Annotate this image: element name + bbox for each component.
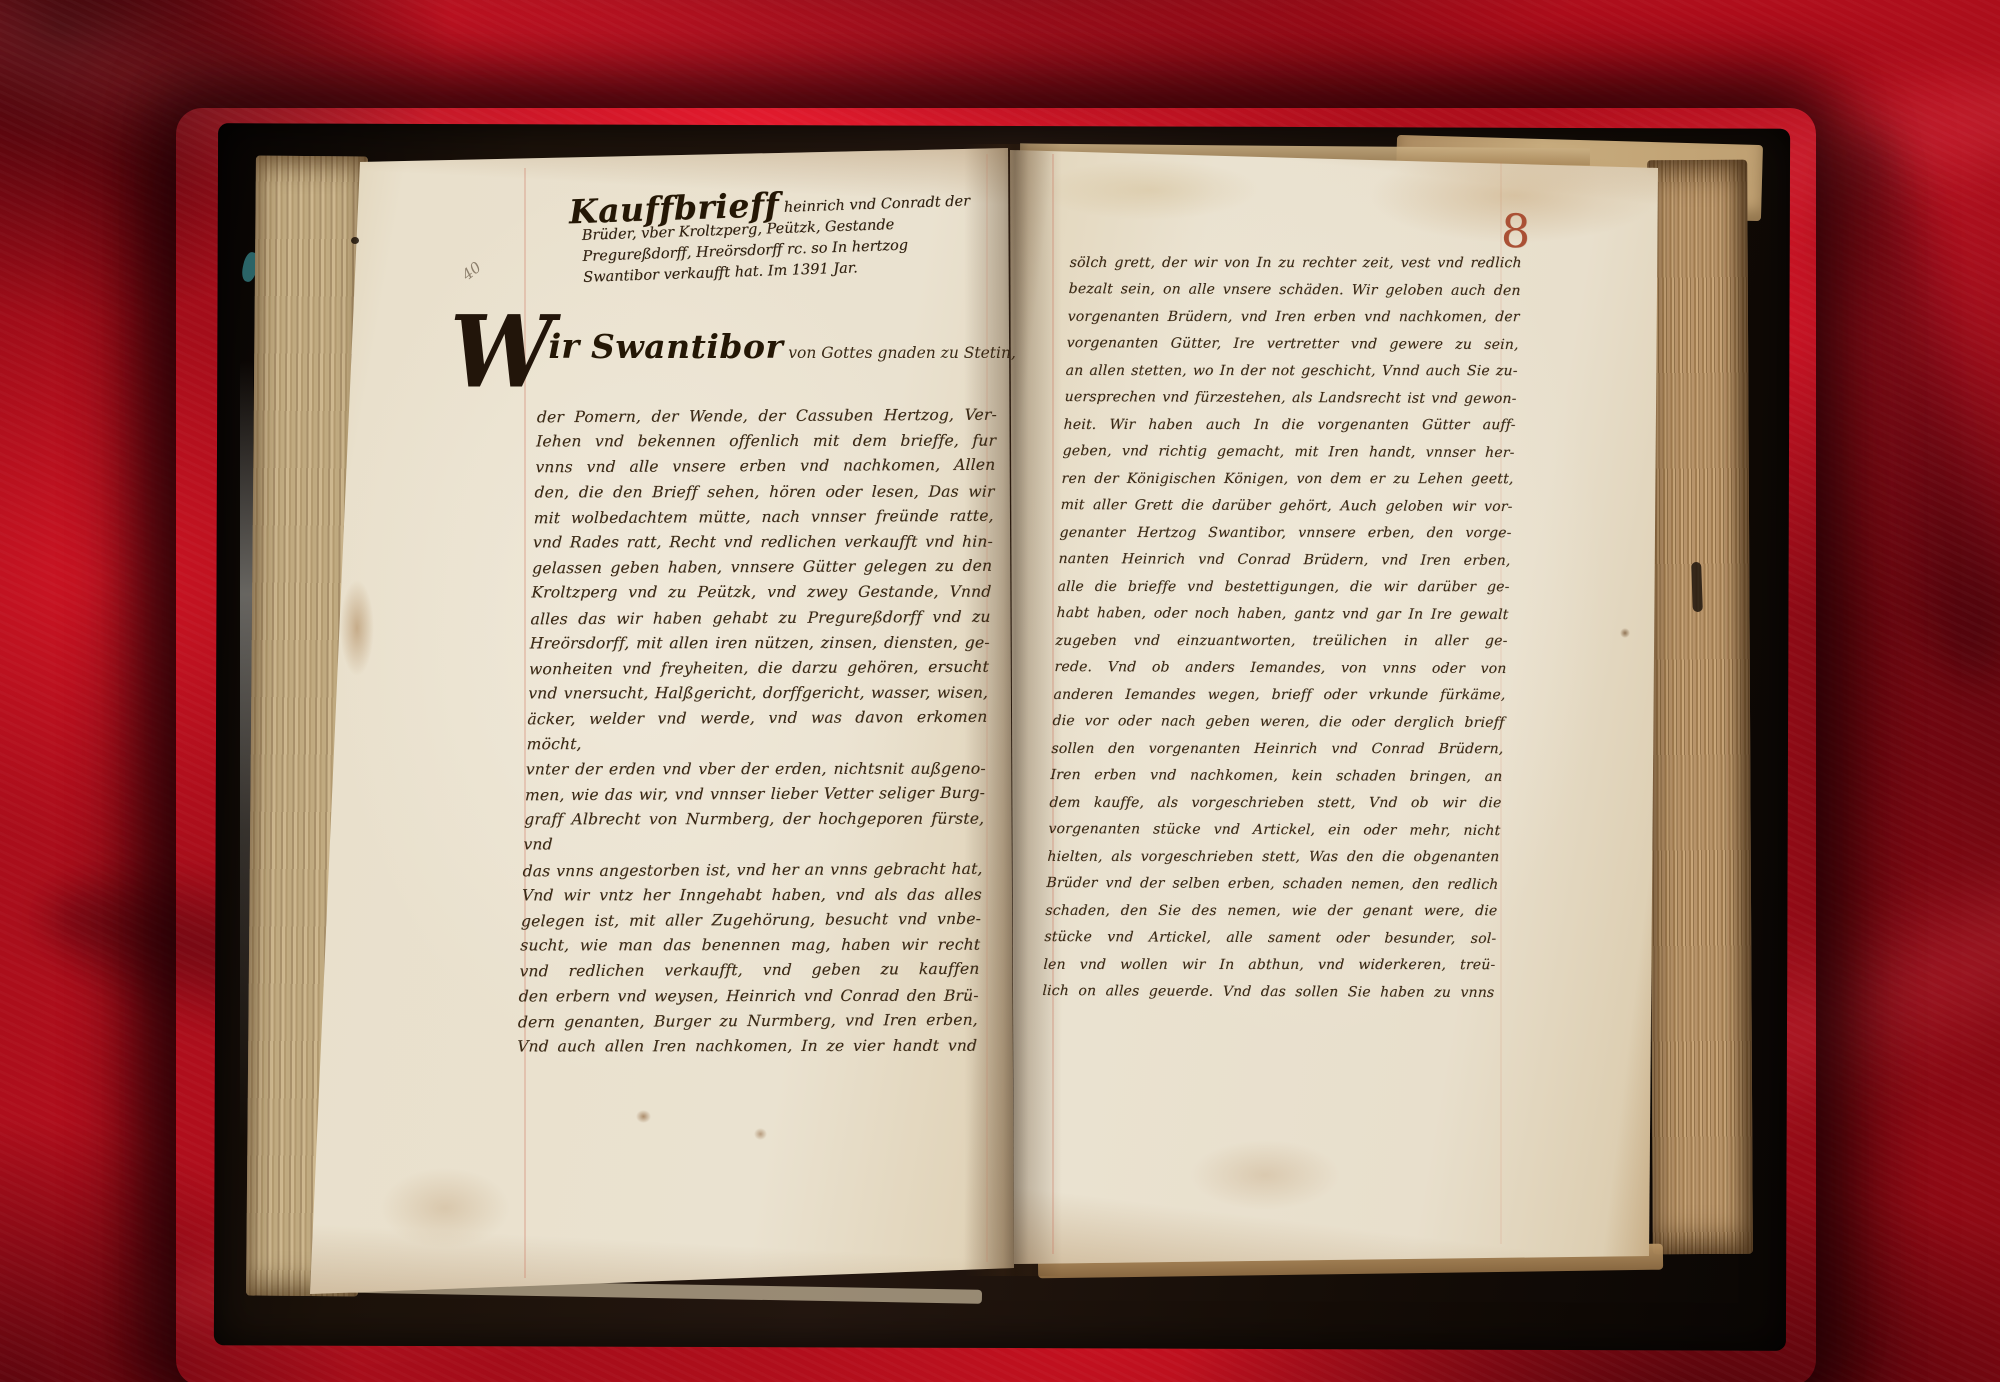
manuscript-text-line: sölch grett, der wir von In zu rechter z… <box>1069 250 1522 277</box>
manuscript-text-line: men, wie das wir, vnd vnnser lieber Vett… <box>525 781 986 809</box>
manuscript-text-line: vorgenanten Gütter, Ire vertretter vnd g… <box>1066 330 1519 359</box>
manuscript-text-line: schaden, den Sie des nemen, wie der gena… <box>1045 898 1498 925</box>
manuscript-text-line: habt haben, oder noch haben, gantz vnd g… <box>1056 600 1509 629</box>
manuscript-text-line: der Pomern, der Wende, der Cassuben Hert… <box>537 403 998 431</box>
stain <box>754 1128 767 1140</box>
manuscript-text-line: alle die brieffe vnd bestettigungen, die… <box>1057 574 1510 601</box>
manuscript-text-line: dem kauffe, als vorgeschrieben stett, Vn… <box>1049 790 1502 817</box>
manuscript-text-line: Vnd wir vntz her Inngehabt haben, vnd al… <box>521 882 982 908</box>
manuscript-text-line: Vnd auch allen Iren nachkomen, In ze vie… <box>517 1034 978 1060</box>
stain <box>1190 1140 1340 1210</box>
manuscript-text-line: Iehen vnd bekennen offenlich mit dem bri… <box>536 429 997 455</box>
red-velvet-backdrop: Kauffbrieff heinrich vnd Conradt der Brü… <box>0 0 2000 1382</box>
manuscript-text-line: gelassen geben haben, vnnsere Gütter gel… <box>532 554 993 582</box>
manuscript-text-line: die vor oder nach geben weren, die oder … <box>1052 708 1505 737</box>
manuscript-text-line: vnd Rades ratt, Recht vnd redlichen verk… <box>533 530 994 556</box>
manuscript-text-line: mit wolbedachtem mütte, nach vnnser freü… <box>533 504 994 532</box>
right-text-column: sölch grett, der wir von In zu rechter z… <box>1042 249 1522 1006</box>
manuscript-text-line: vnter der erden vnd vber der erden, nich… <box>525 756 986 782</box>
manuscript-text-line: geben, vnd richtig gemacht, mit Iren han… <box>1062 438 1515 467</box>
folio-number: 8 <box>1500 204 1531 259</box>
opening-rest-text: von Gottes gnaden zu Stetin, <box>783 344 1016 362</box>
stain <box>380 1168 510 1248</box>
manuscript-text-line: gelegen ist, mit aller Zugehörung, besuc… <box>521 907 982 935</box>
manuscript-text-line: vnd redlichen verkaufft, vnd geben zu ka… <box>519 957 980 985</box>
manuscript-text-line: anderen Iemandes wegen, brieff oder vrku… <box>1053 682 1506 709</box>
manuscript-text-line: Brüder vnd der selben erben, schaden nem… <box>1046 870 1499 899</box>
manuscript-text-line: vnns vnd alle vnsere erben vnd nachkomen… <box>535 453 996 481</box>
manuscript-text-line: genanter Hertzog Swantibor, vnnsere erbe… <box>1059 520 1512 547</box>
manuscript-text-line: len vnd wollen wir In abthun, vnd widerk… <box>1043 952 1496 979</box>
manuscript-text-line: vorgenanten Brüdern, vnd Iren erben vnd … <box>1067 304 1520 331</box>
manuscript-text-line: äcker, welder vnd werde, vnd was davon e… <box>526 705 988 758</box>
opening-ducal-name: Swantibor <box>591 327 783 366</box>
left-text-column: der Pomern, der Wende, der Cassuben Hert… <box>517 403 998 1060</box>
manuscript-text-line: das vnns angestorben ist, vnd her an vnn… <box>522 856 983 884</box>
manuscript-text-line: vnd vnersucht, Halßgericht, dorffgericht… <box>528 681 989 707</box>
ink-speck <box>351 237 359 244</box>
manuscript-text-line: Hreörsdorff, mit allen iren nützen, zins… <box>529 630 990 656</box>
manuscript-text-line: sollen den vorgenanten Heinrich vnd Conr… <box>1051 736 1504 763</box>
manuscript-text-line: graff Albrecht von Nurmberg, der hochgep… <box>523 807 985 858</box>
fore-edge-page-stack <box>1647 160 1753 1255</box>
manuscript-text-line: ren der Königischen Königen, von dem er … <box>1061 466 1514 493</box>
fore-edge-dark-mark <box>1691 562 1703 612</box>
opening-initial-rest: ir <box>548 327 591 367</box>
manuscript-text-line: vorgenanten stücke vnd Artickel, ein ode… <box>1048 816 1501 845</box>
manuscript-text-line: heit. Wir haben auch In die vorgenanten … <box>1063 412 1516 439</box>
opening-line: Wir Swantibor von Gottes gnaden zu Steti… <box>450 322 1016 382</box>
stain <box>1040 160 1260 220</box>
stain <box>636 1110 651 1123</box>
manuscript-text-line: lich on alles geuerde. Vnd das sollen Si… <box>1042 978 1495 1007</box>
manuscript-text-line: sucht, wie man das benennen mag, haben w… <box>520 933 981 959</box>
chapter-heading: Kauffbrieff heinrich vnd Conradt der Brü… <box>569 187 992 290</box>
manuscript-text-line: wonheiten vnd freyheiten, die darzu gehö… <box>529 655 990 683</box>
manuscript-text-line: den, die den Brieff sehen, hören oder le… <box>534 479 995 505</box>
manuscript-text-line: stücke vnd Artickel, alle sament oder be… <box>1044 924 1497 953</box>
manuscript-text-line: uersprechen vnd fürzestehen, als Landsre… <box>1064 384 1517 413</box>
manuscript-text-line: rede. Vnd ob anders Iemandes, von vnns o… <box>1054 654 1507 683</box>
illuminated-initial: W <box>450 320 548 385</box>
manuscript-text-line: Iren erben vnd nachkomen, kein schaden b… <box>1050 762 1503 791</box>
heading-title-rest: heinrich vnd Conradt der <box>779 193 970 216</box>
manuscript-text-line: bezalt sein, on alle vnsere schäden. Wir… <box>1068 276 1521 305</box>
manuscript-text-line: an allen stetten, wo In der not geschich… <box>1065 358 1518 385</box>
manuscript-text-line: den erbern vnd weysen, Heinrich vnd Conr… <box>518 983 979 1009</box>
manuscript-text-line: nanten Heinrich vnd Conrad Brüdern, vnd … <box>1058 546 1511 575</box>
manuscript-text-line: zugeben vnd einzuantworten, treülichen i… <box>1055 628 1508 655</box>
manuscript-text-line: mit aller Grett die darüber gehört, Auch… <box>1060 492 1513 521</box>
manuscript-text-line: dern genanten, Burger zu Nurmberg, vnd I… <box>518 1008 979 1036</box>
manuscript-text-line: Kroltzperg vnd zu Peützk, vnd zwey Gesta… <box>531 580 992 606</box>
manuscript-text-line: hielten, als vorgeschrieben stett, Was d… <box>1047 844 1500 871</box>
stain <box>1620 628 1630 638</box>
manuscript-text-line: alles das wir haben gehabt zu Pregureßdo… <box>530 604 991 632</box>
stain <box>340 580 374 676</box>
